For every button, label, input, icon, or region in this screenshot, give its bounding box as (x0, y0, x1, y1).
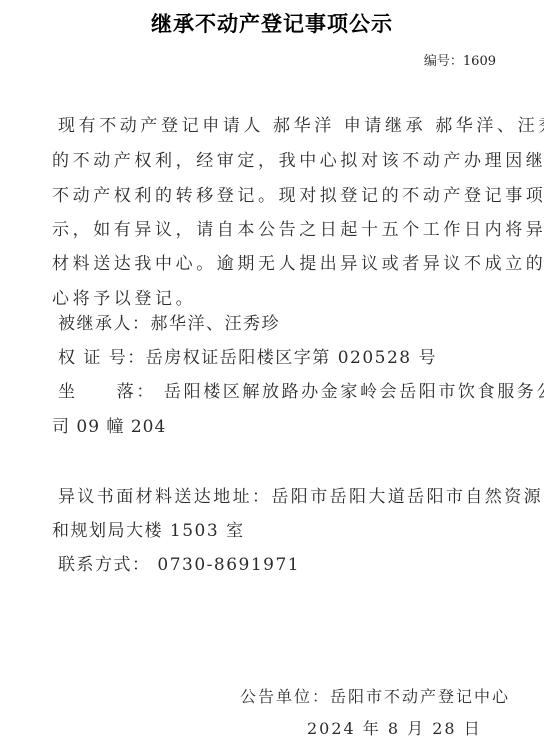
issuer: 公告单位：岳阳市不动产登记中心 (240, 684, 510, 707)
issue-date: 2024 年 8 月 28 日 (307, 716, 482, 739)
body-line: 的不动产权利，经审定，我中心拟对该不动产办理因继承取得 (52, 150, 522, 172)
body-line: 材料送达我中心。逾期无人提出异议或者异议不成立的，我中 (52, 253, 522, 275)
objection-address-cont: 和规划局大楼 1503 室 (52, 520, 522, 542)
objection-address-field: 异议书面材料送达地址：岳阳市岳阳大道岳阳市自然资源 (58, 486, 528, 508)
body-line: 现有不动产登记申请人 郝华洋 申请继承 郝华洋、汪秀珍 (58, 115, 528, 137)
body-line: 心将予以登记。 (52, 288, 522, 310)
decedent-field: 被继承人：郝华洋、汪秀珍 (58, 313, 528, 335)
body-line: 示，如有异议，请自本公告之日起十五个工作日内将异议书面 (52, 219, 522, 241)
document-number: 编号：1609 (424, 50, 496, 69)
location-field-cont: 司 09 幢 204 (52, 416, 522, 438)
body-line: 不动产权利的转移登记。现对拟登记的不动产登记事项进行公 (52, 185, 522, 207)
document-title: 继承不动产登记事项公示 (0, 8, 544, 38)
location-field: 坐 落： 岳阳楼区解放路办金家岭会岳阳市饮食服务公 (58, 381, 528, 403)
contact-field: 联系方式： 0730-8691971 (58, 554, 528, 576)
certificate-field: 权 证 号：岳房权证岳阳楼区字第 020528 号 (58, 347, 528, 369)
